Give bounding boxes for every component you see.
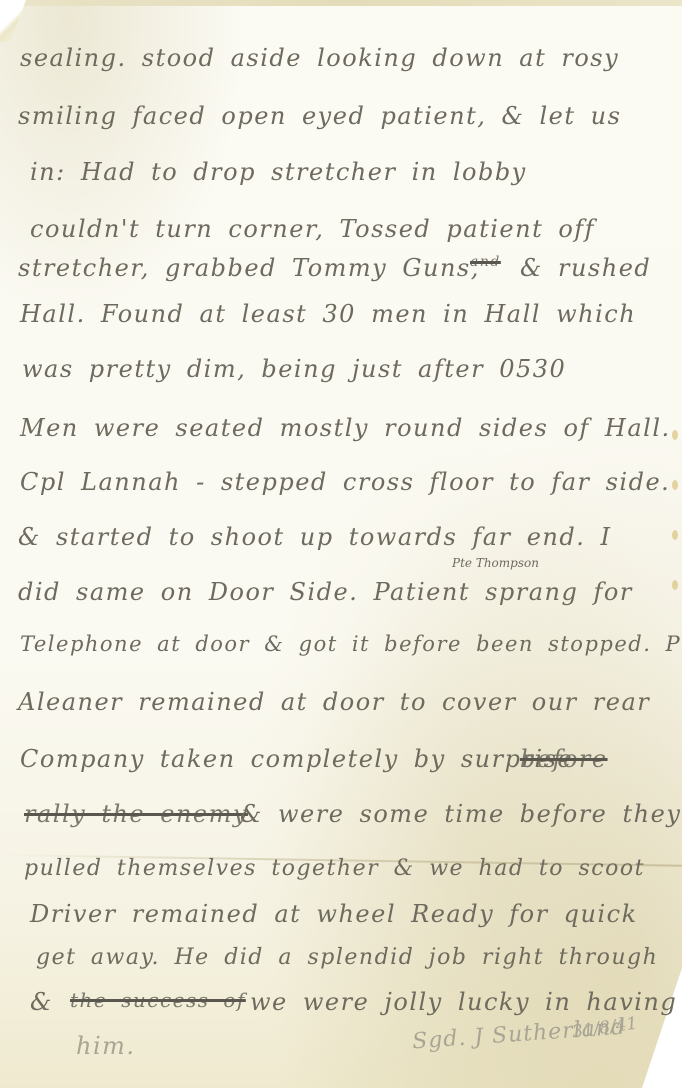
text-line: Telephone at door & got it before been s… xyxy=(20,632,682,656)
text-line: & started to shoot up towards far end. I xyxy=(18,523,611,551)
text-line: stretcher, grabbed Tommy Guns, xyxy=(18,254,480,282)
text-line: in: Had to drop stretcher in lobby xyxy=(30,158,527,186)
text-line: smiling faced open eyed patient, & let u… xyxy=(18,102,621,130)
text-line: we were jolly lucky in having xyxy=(250,988,677,1016)
text-line: couldn't turn corner, Tossed patient off xyxy=(30,215,595,243)
text-line: & were some time before they xyxy=(240,800,681,828)
text-line: sealing. stood aside looking down at ros… xyxy=(20,44,619,72)
text-line: Driver remained at wheel Ready for quick xyxy=(30,900,638,928)
text-line: him. xyxy=(76,1032,136,1060)
text-line: Hall. Found at least 30 men in Hall whic… xyxy=(20,300,636,328)
document-page: sealing. stood aside looking down at ros… xyxy=(0,0,682,1088)
text-line: get away. He did a splendid job right th… xyxy=(36,945,658,970)
text-line: & rushed xyxy=(520,254,651,282)
struck-text: and xyxy=(470,254,501,270)
text-line: was pretty dim, being just after 0530 xyxy=(22,355,566,383)
inserted-text: Pte Thompson xyxy=(452,556,539,570)
handwritten-text: sealing. stood aside looking down at ros… xyxy=(0,0,682,1088)
text-line: Aleaner remained at door to cover our re… xyxy=(18,688,650,716)
text-line: & xyxy=(30,988,53,1016)
text-line: did same on Door Side. Patient sprang fo… xyxy=(18,578,633,606)
struck-text: rally the enemy xyxy=(24,800,248,828)
text-line: Cpl Lannah - stepped cross floor to far … xyxy=(20,468,670,496)
text-line: pulled themselves together & we had to s… xyxy=(24,856,645,881)
struck-text: the success of xyxy=(70,988,246,1012)
text-line: Company taken completely by surprise xyxy=(20,745,573,773)
text-line: Men were seated mostly round sides of Ha… xyxy=(20,414,671,442)
struck-text: before xyxy=(520,745,608,773)
